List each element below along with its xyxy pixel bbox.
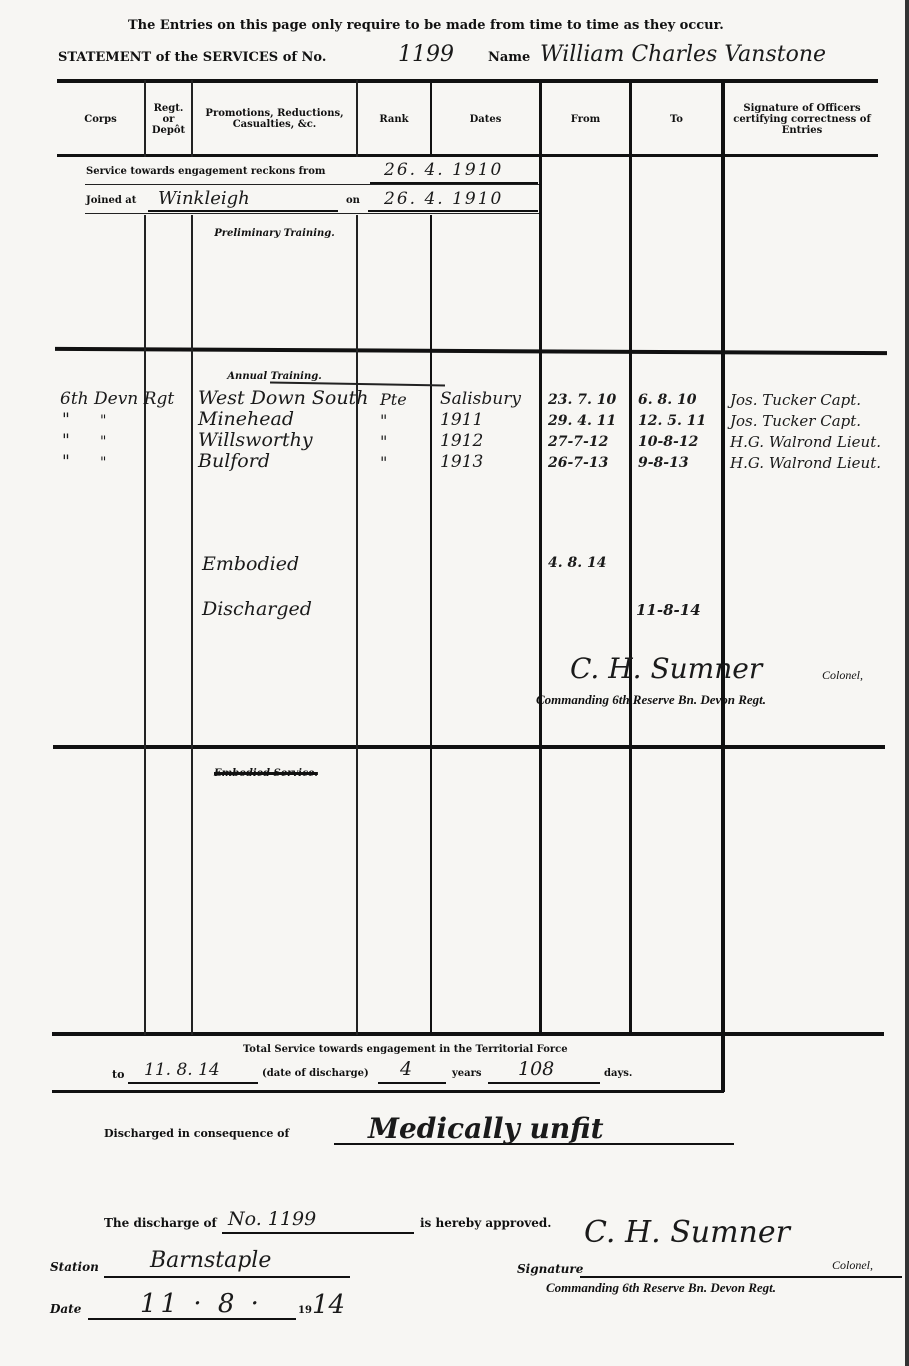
totals-label: Total Service towards engagement in the … [243, 1044, 568, 1055]
joined-label: Joined at [86, 195, 136, 206]
row-place: Bulford [198, 450, 270, 472]
col-line-from [539, 80, 542, 1035]
joined-place: Winkleigh [158, 188, 250, 209]
row-signature: H.G. Walrond Lieut. [730, 454, 881, 472]
row-regt: " [100, 413, 106, 429]
row-signature: Jos. Tucker Capt. [730, 391, 861, 409]
reckons-label: Service towards engagement reckons from [86, 166, 325, 177]
joined-date: 26. 4. 1910 [384, 189, 503, 209]
row-dates: 1911 [440, 410, 483, 430]
row-to: 12. 5. 11 [638, 413, 706, 429]
years-label: years [452, 1068, 482, 1079]
col-line-promotions [191, 215, 193, 1035]
totals-to-date: 11. 8. 14 [144, 1060, 220, 1080]
service-number: 1199 [398, 42, 454, 67]
col-line-regt [144, 215, 146, 1035]
reckons-date: 26. 4. 1910 [384, 160, 503, 180]
engagement-divider [85, 184, 540, 185]
discharge-reason: Medically unfit [368, 1112, 604, 1145]
approving-signature: C. H. Sumner [584, 1215, 790, 1250]
row-corps: 6th Devn Rgt [60, 389, 174, 409]
col-header-to: To [632, 84, 721, 154]
certifying-command: Commanding 6th Reserve Bn. Devon Regt. [536, 692, 766, 708]
year-suffix: 14 [312, 1290, 345, 1320]
col-header-promotions: Promotions, Reductions, Casualties, &c. [193, 84, 356, 154]
joined-divider [85, 213, 540, 214]
totals-years: 4 [400, 1058, 412, 1080]
discharged-to-date: 11-8-14 [636, 601, 701, 619]
date-of-discharge-label: (date of discharge) [262, 1068, 369, 1079]
name-label: Name [488, 50, 530, 65]
row-corps: " [62, 431, 70, 451]
row-signature: H.G. Walrond Lieut. [730, 433, 881, 451]
row-to: 10-8-12 [638, 434, 698, 450]
approval-value: No. 1199 [228, 1208, 316, 1230]
row-place: West Down South [198, 387, 368, 409]
days-label: days. [604, 1068, 632, 1079]
statement-label: STATEMENT of the SERVICES of No. [58, 50, 326, 65]
row-from: 27-7-12 [548, 434, 608, 450]
col-header-regt: Regt. or Depôt [146, 84, 191, 154]
row-rank: " [380, 432, 387, 451]
date-value: 11 · 8 · [140, 1289, 263, 1319]
totals-bottom-rule [52, 1090, 724, 1093]
col-line-signature [721, 80, 725, 1092]
row-to: 6. 8. 10 [638, 392, 696, 408]
approval-prefix: The discharge of [104, 1216, 217, 1230]
signature-label: Signature [517, 1262, 583, 1276]
col-line-dates [430, 215, 432, 1035]
row-dates: Salisbury [440, 389, 521, 409]
row-dates: 1913 [440, 452, 483, 472]
approving-command: Commanding 6th Reserve Bn. Devon Regt. [546, 1280, 776, 1296]
row-regt: " [100, 434, 106, 450]
table-top-rule [57, 79, 878, 83]
section-annual-training: Annual Training. [193, 371, 356, 382]
col-header-corps: Corps [57, 84, 144, 154]
approval-suffix: is hereby approved. [420, 1216, 551, 1230]
certifying-signature: C. H. Sumner [570, 652, 762, 685]
col-line-rank [356, 215, 358, 1035]
row-from: 26-7-13 [548, 455, 608, 471]
on-label: on [346, 195, 360, 206]
row-corps: " [62, 452, 70, 472]
station-value: Barnstaple [150, 1248, 271, 1273]
approving-title: Colonel, [832, 1258, 873, 1273]
row-from: 29. 4. 11 [548, 413, 616, 429]
row-rank: " [380, 411, 387, 430]
page-note: The Entries on this page only require to… [128, 18, 724, 33]
date-label: Date [50, 1302, 81, 1316]
col-line-to [629, 80, 632, 1035]
row-corps: " [62, 410, 70, 430]
row-regt: " [100, 455, 106, 471]
section-embodied-service: Embodied Service. [214, 768, 318, 779]
page-edge [905, 0, 909, 1366]
station-label: Station [50, 1260, 99, 1274]
row-dates: 1912 [440, 431, 483, 451]
row-to: 9-8-13 [638, 455, 689, 471]
certifying-title: Colonel, [822, 668, 863, 683]
table-bottom-rule [52, 1032, 884, 1036]
totals-days: 108 [518, 1058, 554, 1080]
row-signature: Jos. Tucker Capt. [730, 412, 861, 430]
header-bottom-rule [57, 154, 878, 157]
row-rank: " [380, 453, 387, 472]
embodied-label: Embodied [202, 553, 299, 575]
soldier-name: William Charles Vanstone [540, 42, 826, 67]
section-preliminary-training: Preliminary Training. [193, 227, 356, 240]
col-header-signature: Signature of Officers certifying correct… [726, 84, 878, 154]
col-header-dates: Dates [432, 84, 539, 154]
discharge-consequence-label: Discharged in consequence of [104, 1127, 289, 1140]
totals-to-label: to [112, 1068, 124, 1081]
col-header-from: From [542, 84, 629, 154]
embodied-from-date: 4. 8. 14 [548, 555, 606, 571]
row-rank: Pte [380, 390, 407, 409]
section-rule-2 [53, 745, 885, 749]
section-rule-1 [55, 347, 887, 355]
discharged-label: Discharged [202, 598, 312, 620]
row-from: 23. 7. 10 [548, 392, 616, 408]
col-header-rank: Rank [358, 84, 430, 154]
year-prefix: 19 [298, 1305, 312, 1316]
row-place: Minehead [198, 408, 294, 430]
row-place: Willsworthy [198, 429, 313, 451]
